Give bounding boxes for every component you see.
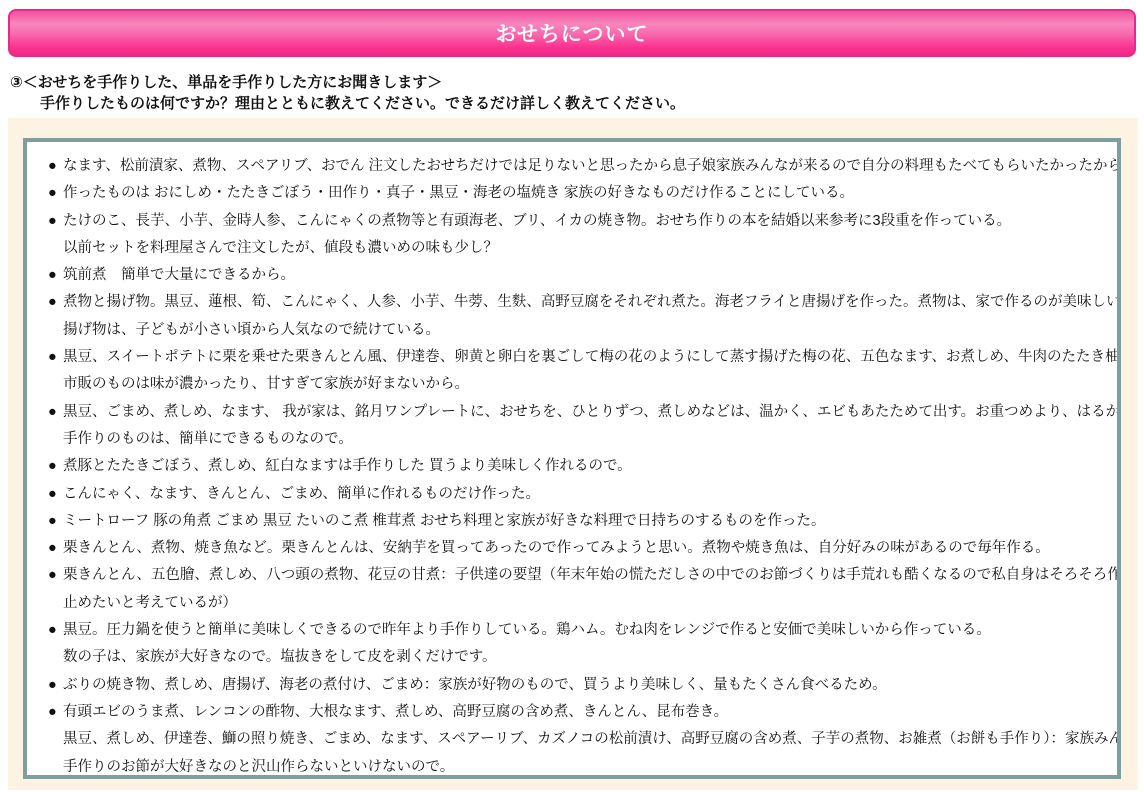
- bullet-icon: ●: [48, 153, 63, 180]
- bullet-icon: ●: [48, 562, 63, 589]
- question-heading: ③＜おせちを手作りした、単品を手作りした方にお聞きします＞: [10, 72, 685, 93]
- answer-item: ●煮物と揚げ物。黒豆、蓮根、筍、こんにゃく、人参、小芋、牛蒡、生麩、高野豆腐をそ…: [48, 289, 1111, 316]
- answer-item: ●ミートローフ 豚の角煮 ごまめ 黒豆 たいのこ煮 椎茸煮 おせち料理と家族が好…: [48, 508, 1111, 535]
- answer-item: ●黒豆。圧力鍋を使うと簡単に美味しくできるので昨年より手作りしている。鶏ハム。む…: [48, 617, 1111, 644]
- answer-item: ●栗きんとん、五色膾、煮しめ、八つ頭の煮物、花豆の甘煮：子供達の要望（年末年始の…: [48, 562, 1111, 589]
- bullet-icon: ●: [48, 481, 63, 508]
- answer-item: ●なます、松前漬家、煮物、スペアリブ、おでん 注文したおせちだけでは足りないと思…: [48, 153, 1111, 180]
- bullet-icon: ●: [48, 699, 63, 726]
- answer-item: ●こんにゃく、なます、きんとん、ごまめ、簡単に作れるものだけ作った。: [48, 481, 1111, 508]
- answer-continuation-line: 手作りのものは、簡単にできるものなので。: [48, 426, 1111, 453]
- bullet-icon: ●: [48, 262, 63, 289]
- answer-item: ●作ったものは おにしめ・たたきごぼう・田作り・真子・黒豆・海老の塩焼き 家族の…: [48, 180, 1111, 207]
- answer-continuation-line: 黒豆、煮しめ、伊達巻、鰤の照り焼き、ごまめ、なます、スペアーリブ、カズノコの松前…: [48, 726, 1111, 753]
- question-block: ③＜おせちを手作りした、単品を手作りした方にお聞きします＞ 手作りしたものは何で…: [10, 72, 685, 114]
- bullet-icon: ●: [48, 180, 63, 207]
- answer-item: ●黒豆、スイートポテトに栗を乗せた栗きんとん風、伊達巻、卵黄と卵白を裏ごして梅の…: [48, 344, 1111, 371]
- bullet-icon: ●: [48, 508, 63, 535]
- page: おせちについて ③＜おせちを手作りした、単品を手作りした方にお聞きします＞ 手作…: [0, 0, 1144, 792]
- bullet-icon: ●: [48, 672, 63, 699]
- answer-continuation-line: 市販のものは味が濃かったり、甘すぎて家族が好まないから。: [48, 371, 1111, 398]
- page-title: おせちについて: [496, 18, 649, 48]
- answer-continuation-line: 手作りのお節が大好きなのと沢山作らないといけないので。: [48, 754, 1111, 779]
- question-subtext: 手作りしたものは何ですか？理由とともに教えてください。できるだけ詳しく教えてくだ…: [10, 93, 685, 114]
- answer-continuation-line: 以前セットを料理屋さんで注文したが、値段も濃いめの味も少し？: [48, 235, 1111, 262]
- answers-outer-panel: ●なます、松前漬家、煮物、スペアリブ、おでん 注文したおせちだけでは足りないと思…: [8, 118, 1138, 790]
- bullet-icon: ●: [48, 617, 63, 644]
- answer-continuation-line: 止めたいと考えているが）: [48, 590, 1111, 617]
- answer-item: ●筑前煮 簡単で大量にできるから。: [48, 262, 1111, 289]
- answer-item: ●有頭エビのうま煮、レンコンの酢物、大根なます、煮しめ、高野豆腐の含め煮、きんと…: [48, 699, 1111, 726]
- answer-item: ●黒豆、ごまめ、煮しめ、なます、 我が家は、銘月ワンプレートに、おせちを、ひとり…: [48, 399, 1111, 426]
- answers-list: ●なます、松前漬家、煮物、スペアリブ、おでん 注文したおせちだけでは足りないと思…: [23, 138, 1121, 779]
- bullet-icon: ●: [48, 344, 63, 371]
- answer-continuation-line: 揚げ物は、子どもが小さい頃から人気なので続けている。: [48, 317, 1111, 344]
- section-title-banner: おせちについて: [8, 9, 1136, 57]
- answer-item: ●たけのこ、長芋、小芋、金時人参、こんにゃくの煮物等と有頭海老、ブリ、イカの焼き…: [48, 208, 1111, 235]
- answer-item: ●栗きんとん、煮物、焼き魚など。栗きんとんは、安納芋を買ってあったので作ってみよ…: [48, 535, 1111, 562]
- bullet-icon: ●: [48, 453, 63, 480]
- answer-continuation-line: 数の子は、家族が大好きなので。塩抜きをして皮を剥くだけです。: [48, 644, 1111, 671]
- answer-item: ●ぶりの焼き物、煮しめ、唐揚げ、海老の煮付け、ごまめ：家族が好物のもので、買うよ…: [48, 672, 1111, 699]
- bullet-icon: ●: [48, 535, 63, 562]
- bullet-icon: ●: [48, 208, 63, 235]
- bullet-icon: ●: [48, 289, 63, 316]
- answer-item: ●煮豚とたたきごぼう、煮しめ、紅白なますは手作りした 買うより美味しく作れるので…: [48, 453, 1111, 480]
- bullet-icon: ●: [48, 399, 63, 426]
